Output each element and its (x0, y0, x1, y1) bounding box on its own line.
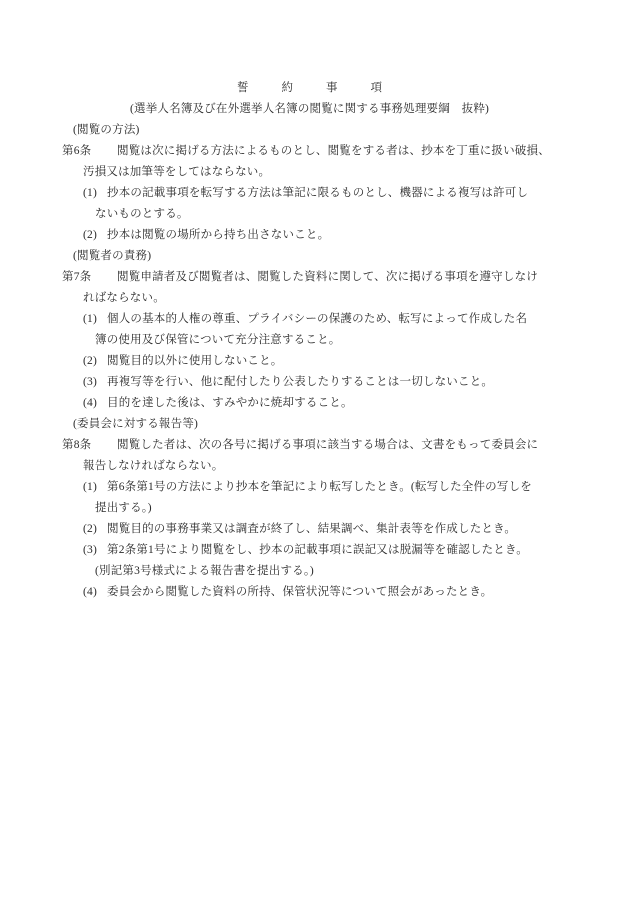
document-title-text: 誓約事項 (237, 82, 415, 94)
item-text: 閲覧目的以外に使用しないこと。 (107, 355, 283, 367)
item-first-line: (2)閲覧目的以外に使用しないこと。 (83, 351, 562, 372)
item-continuation-line: 提出する。) (95, 498, 562, 519)
item-first-line: (4)目的を達した後は、すみやかに焼却すること。 (83, 393, 562, 414)
item-number: (1) (83, 183, 107, 204)
item-text: 第6条第1号の方法により抄本を筆記により転写したとき。(転写した全件の写しを (107, 481, 532, 493)
item-first-line: (1)個人の基本的人権の尊重、プライバシーの保護のため、転写によって作成した名 (83, 309, 562, 330)
item-first-line: (4)委員会から閲覧した資料の所持、保管状況等について照会があったとき。 (83, 582, 562, 603)
document-title: 誓約事項 (237, 78, 562, 99)
item-number: (4) (83, 582, 107, 603)
article-continuation-line: 報告しなければならない。 (83, 456, 562, 477)
item-continuation-line: (別記第3号様式による報告書を提出する。) (95, 561, 562, 582)
item-first-line: (1)第6条第1号の方法により抄本を筆記により転写したとき。(転写した全件の写し… (83, 477, 562, 498)
article-number: 第8条 (62, 435, 117, 456)
item-text: 閲覧目的の事務事業又は調査が終了し、結果調べ、集計表等を作成したとき。 (107, 523, 516, 535)
item-text: 第2条第1号により閲覧をし、抄本の記載事項に誤記又は脱漏等を確認したとき。 (107, 544, 528, 556)
item-text: 委員会から閲覧した資料の所持、保管状況等について照会があったとき。 (107, 586, 492, 598)
article-first-line: 第7条閲覧申請者及び閲覧者は、閲覧した資料に関して、次に掲げる事項を遵守しなけ (62, 267, 562, 288)
section-heading: (閲覧者の責務) (73, 246, 562, 267)
article-number: 第6条 (62, 141, 117, 162)
item-first-line: (3)第2条第1号により閲覧をし、抄本の記載事項に誤記又は脱漏等を確認したとき。 (83, 540, 562, 561)
item-continuation-line: 簿の使用及び保管について充分注意すること。 (95, 330, 562, 351)
item-first-line: (1)抄本の記載事項を転写する方法は筆記に限るものとし、機器による複写は許可し (83, 183, 562, 204)
item-number: (3) (83, 540, 107, 561)
item-number: (1) (83, 477, 107, 498)
article-text: 閲覧は次に掲げる方法によるものとし、閲覧をする者は、抄本を丁重に扱い破損、 (117, 145, 550, 157)
item-first-line: (2)抄本は閲覧の場所から持ち出さないこと。 (83, 225, 562, 246)
item-number: (3) (83, 372, 107, 393)
item-continuation-line: ないものとする。 (95, 204, 562, 225)
article-text: 閲覧申請者及び閲覧者は、閲覧した資料に関して、次に掲げる事項を遵守しなけ (117, 271, 538, 283)
document-body: 誓約事項 (選挙人名簿及び在外選挙人名簿の閲覧に関する事務処理要綱 抜粋) (閲… (62, 0, 562, 603)
item-number: (2) (83, 519, 107, 540)
item-number: (2) (83, 351, 107, 372)
item-text: 再複写等を行い、他に配付したり公表したりすることは一切しないこと。 (107, 376, 493, 388)
item-text: 抄本の記載事項を転写する方法は筆記に限るものとし、機器による複写は許可し (107, 187, 528, 199)
item-number: (2) (83, 225, 107, 246)
article-first-line: 第8条閲覧した者は、次の各号に掲げる事項に該当する場合は、文書をもって委員会に (62, 435, 562, 456)
item-number: (1) (83, 309, 107, 330)
document-page: 誓約事項 (選挙人名簿及び在外選挙人名簿の閲覧に関する事務処理要綱 抜粋) (閲… (0, 0, 630, 916)
item-first-line: (2)閲覧目的の事務事業又は調査が終了し、結果調べ、集計表等を作成したとき。 (83, 519, 562, 540)
document-subtitle: (選挙人名簿及び在外選挙人名簿の閲覧に関する事務処理要綱 抜粋) (130, 99, 562, 120)
section-heading: (閲覧の方法) (73, 120, 562, 141)
article-number: 第7条 (62, 267, 117, 288)
article-continuation-line: ればならない。 (83, 288, 562, 309)
item-text: 抄本は閲覧の場所から持ち出さないこと。 (107, 229, 329, 241)
article-continuation-line: 汚損又は加筆等をしてはならない。 (83, 162, 562, 183)
item-first-line: (3)再複写等を行い、他に配付したり公表したりすることは一切しないこと。 (83, 372, 562, 393)
article-text: 閲覧した者は、次の各号に掲げる事項に該当する場合は、文書をもって委員会に (117, 439, 538, 451)
item-number: (4) (83, 393, 107, 414)
item-text: 目的を達した後は、すみやかに焼却すること。 (107, 397, 353, 409)
article-first-line: 第6条閲覧は次に掲げる方法によるものとし、閲覧をする者は、抄本を丁重に扱い破損、 (62, 141, 562, 162)
section-heading: (委員会に対する報告等) (73, 414, 562, 435)
item-text: 個人の基本的人権の尊重、プライバシーの保護のため、転写によって作成した名 (107, 313, 527, 325)
